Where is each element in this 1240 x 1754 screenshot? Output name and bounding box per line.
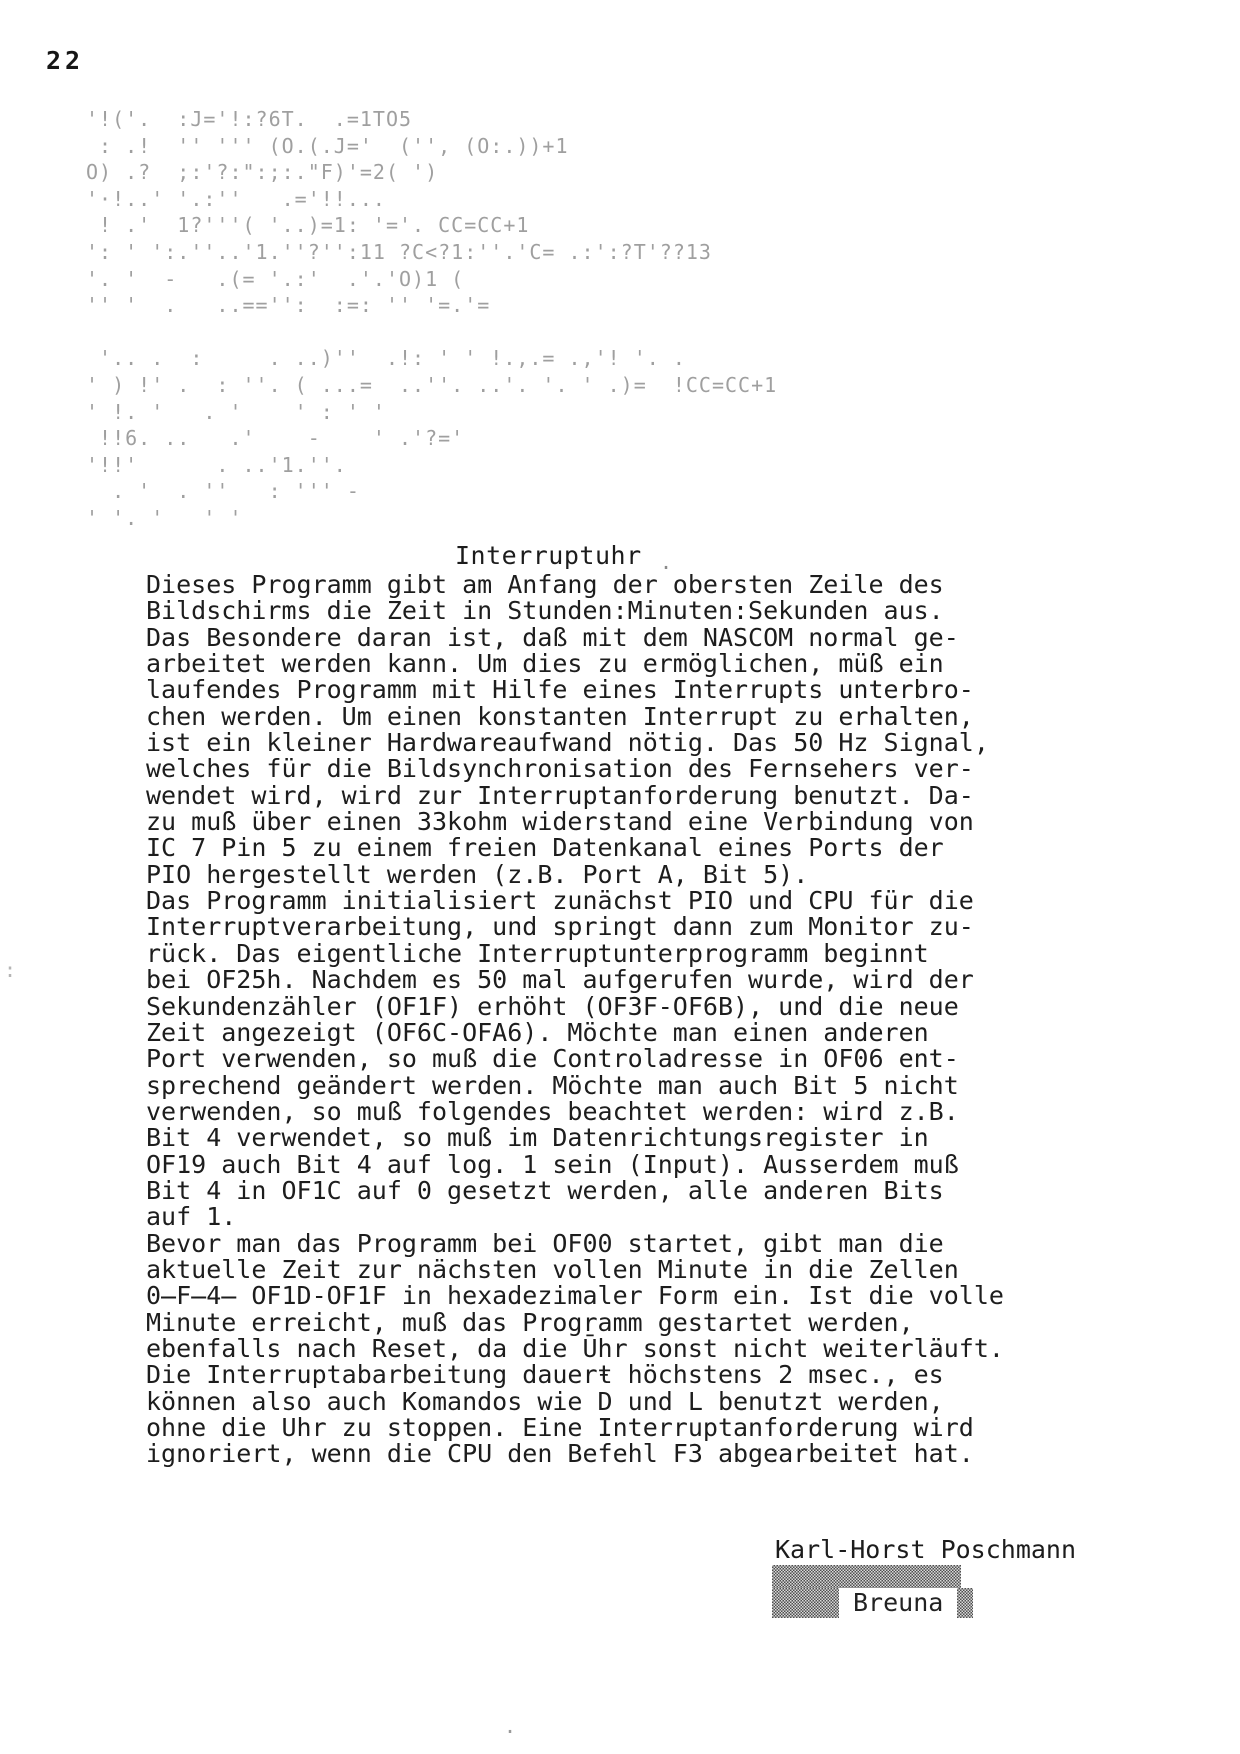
margin-stray-mark: : <box>4 960 16 980</box>
page-number: 22 <box>46 48 84 73</box>
redaction-block <box>957 1588 973 1618</box>
footer-stray-mark: . <box>504 1716 516 1736</box>
redaction-block <box>772 1588 839 1618</box>
author-signature-name: Karl-Horst Poschmann <box>775 1537 1076 1563</box>
redaction-bar <box>772 1565 961 1588</box>
redaction-row: Breuna <box>772 1588 973 1618</box>
faded-program-listing: '!('. :J='!:?6T. .=1TO5 : .! '' ''' (O.(… <box>86 106 777 532</box>
article-body-text: Dieses Programm gibt am Anfang der obers… <box>146 572 1004 1468</box>
title-stray-mark: . <box>660 552 672 572</box>
document-title: Interruptuhr <box>455 543 642 569</box>
author-city: Breuna <box>839 1588 957 1618</box>
